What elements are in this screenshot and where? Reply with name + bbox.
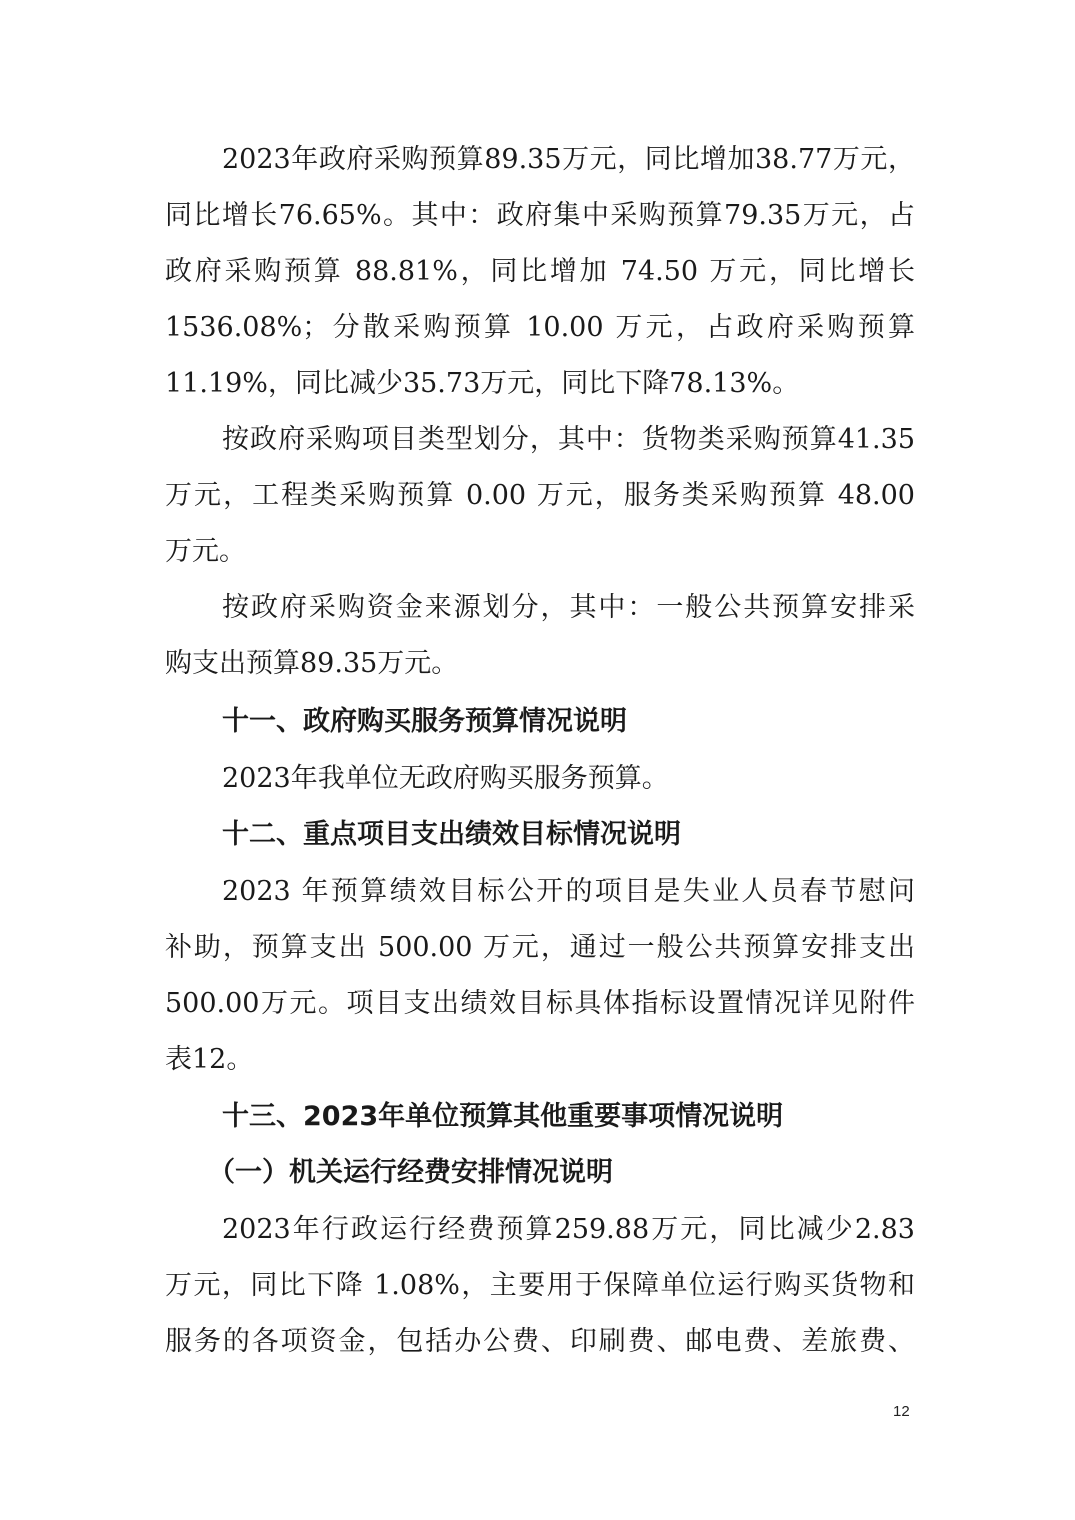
paragraph-procurement-line-2: 同比增长76.65%。其中：政府集中采购预算79.35万元，占 [165, 196, 915, 236]
paragraph-performance-line-2: 补助，预算支出 500.00 万元，通过一般公共预算安排支出 [165, 928, 915, 968]
paragraph-funding-source-line-2: 购支出预算89.35万元。 [165, 644, 915, 684]
paragraph-project-type-line-1: 按政府采购项目类型划分，其中：货物类采购预算41.35 [222, 420, 915, 460]
paragraph-funding-source-line-1: 按政府采购资金来源划分，其中：一般公共预算安排采 [222, 588, 915, 628]
paragraph-project-type-line-2: 万元，工程类采购预算 0.00 万元，服务类采购预算 48.00 [165, 476, 915, 516]
paragraph-operating-expenses-line-2: 万元，同比下降 1.08%，主要用于保障单位运行购买货物和 [165, 1266, 915, 1306]
paragraph-performance-line-3: 500.00万元。项目支出绩效目标具体指标设置情况详见附件 [165, 984, 915, 1024]
paragraph-operating-expenses-line-3: 服务的各项资金，包括办公费、印刷费、邮电费、差旅费、 [165, 1322, 915, 1362]
paragraph-performance-line-4: 表12。 [165, 1040, 915, 1080]
paragraph-performance-line-1: 2023 年预算绩效目标公开的项目是失业人员春节慰问 [222, 872, 915, 912]
paragraph-procurement-line-5: 11.19%，同比减少35.73万元，同比下降78.13%。 [165, 364, 915, 404]
subsection-heading-13-1: （一）机关运行经费安排情况说明 [208, 1153, 613, 1193]
section-heading-13: 十三、2023年单位预算其他重要事项情况说明 [222, 1097, 783, 1137]
paragraph-operating-expenses-line-1: 2023年行政运行经费预算259.88万元，同比减少2.83 [222, 1210, 915, 1250]
paragraph-procurement-line-3: 政府采购预算 88.81%，同比增加 74.50 万元，同比增长 [165, 252, 915, 292]
page-number: 12 [893, 1403, 910, 1420]
paragraph-project-type-line-3: 万元。 [165, 532, 915, 572]
document-page: 2023年政府采购预算89.35万元，同比增加38.77万元， 同比增长76.6… [0, 0, 1075, 1520]
paragraph-purchase-services: 2023年我单位无政府购买服务预算。 [222, 759, 915, 799]
paragraph-procurement-line-4: 1536.08%；分散采购预算 10.00 万元，占政府采购预算 [165, 308, 915, 348]
section-heading-12: 十二、重点项目支出绩效目标情况说明 [222, 815, 681, 855]
section-heading-11: 十一、政府购买服务预算情况说明 [222, 702, 627, 742]
paragraph-procurement-line-1: 2023年政府采购预算89.35万元，同比增加38.77万元， [222, 140, 915, 180]
